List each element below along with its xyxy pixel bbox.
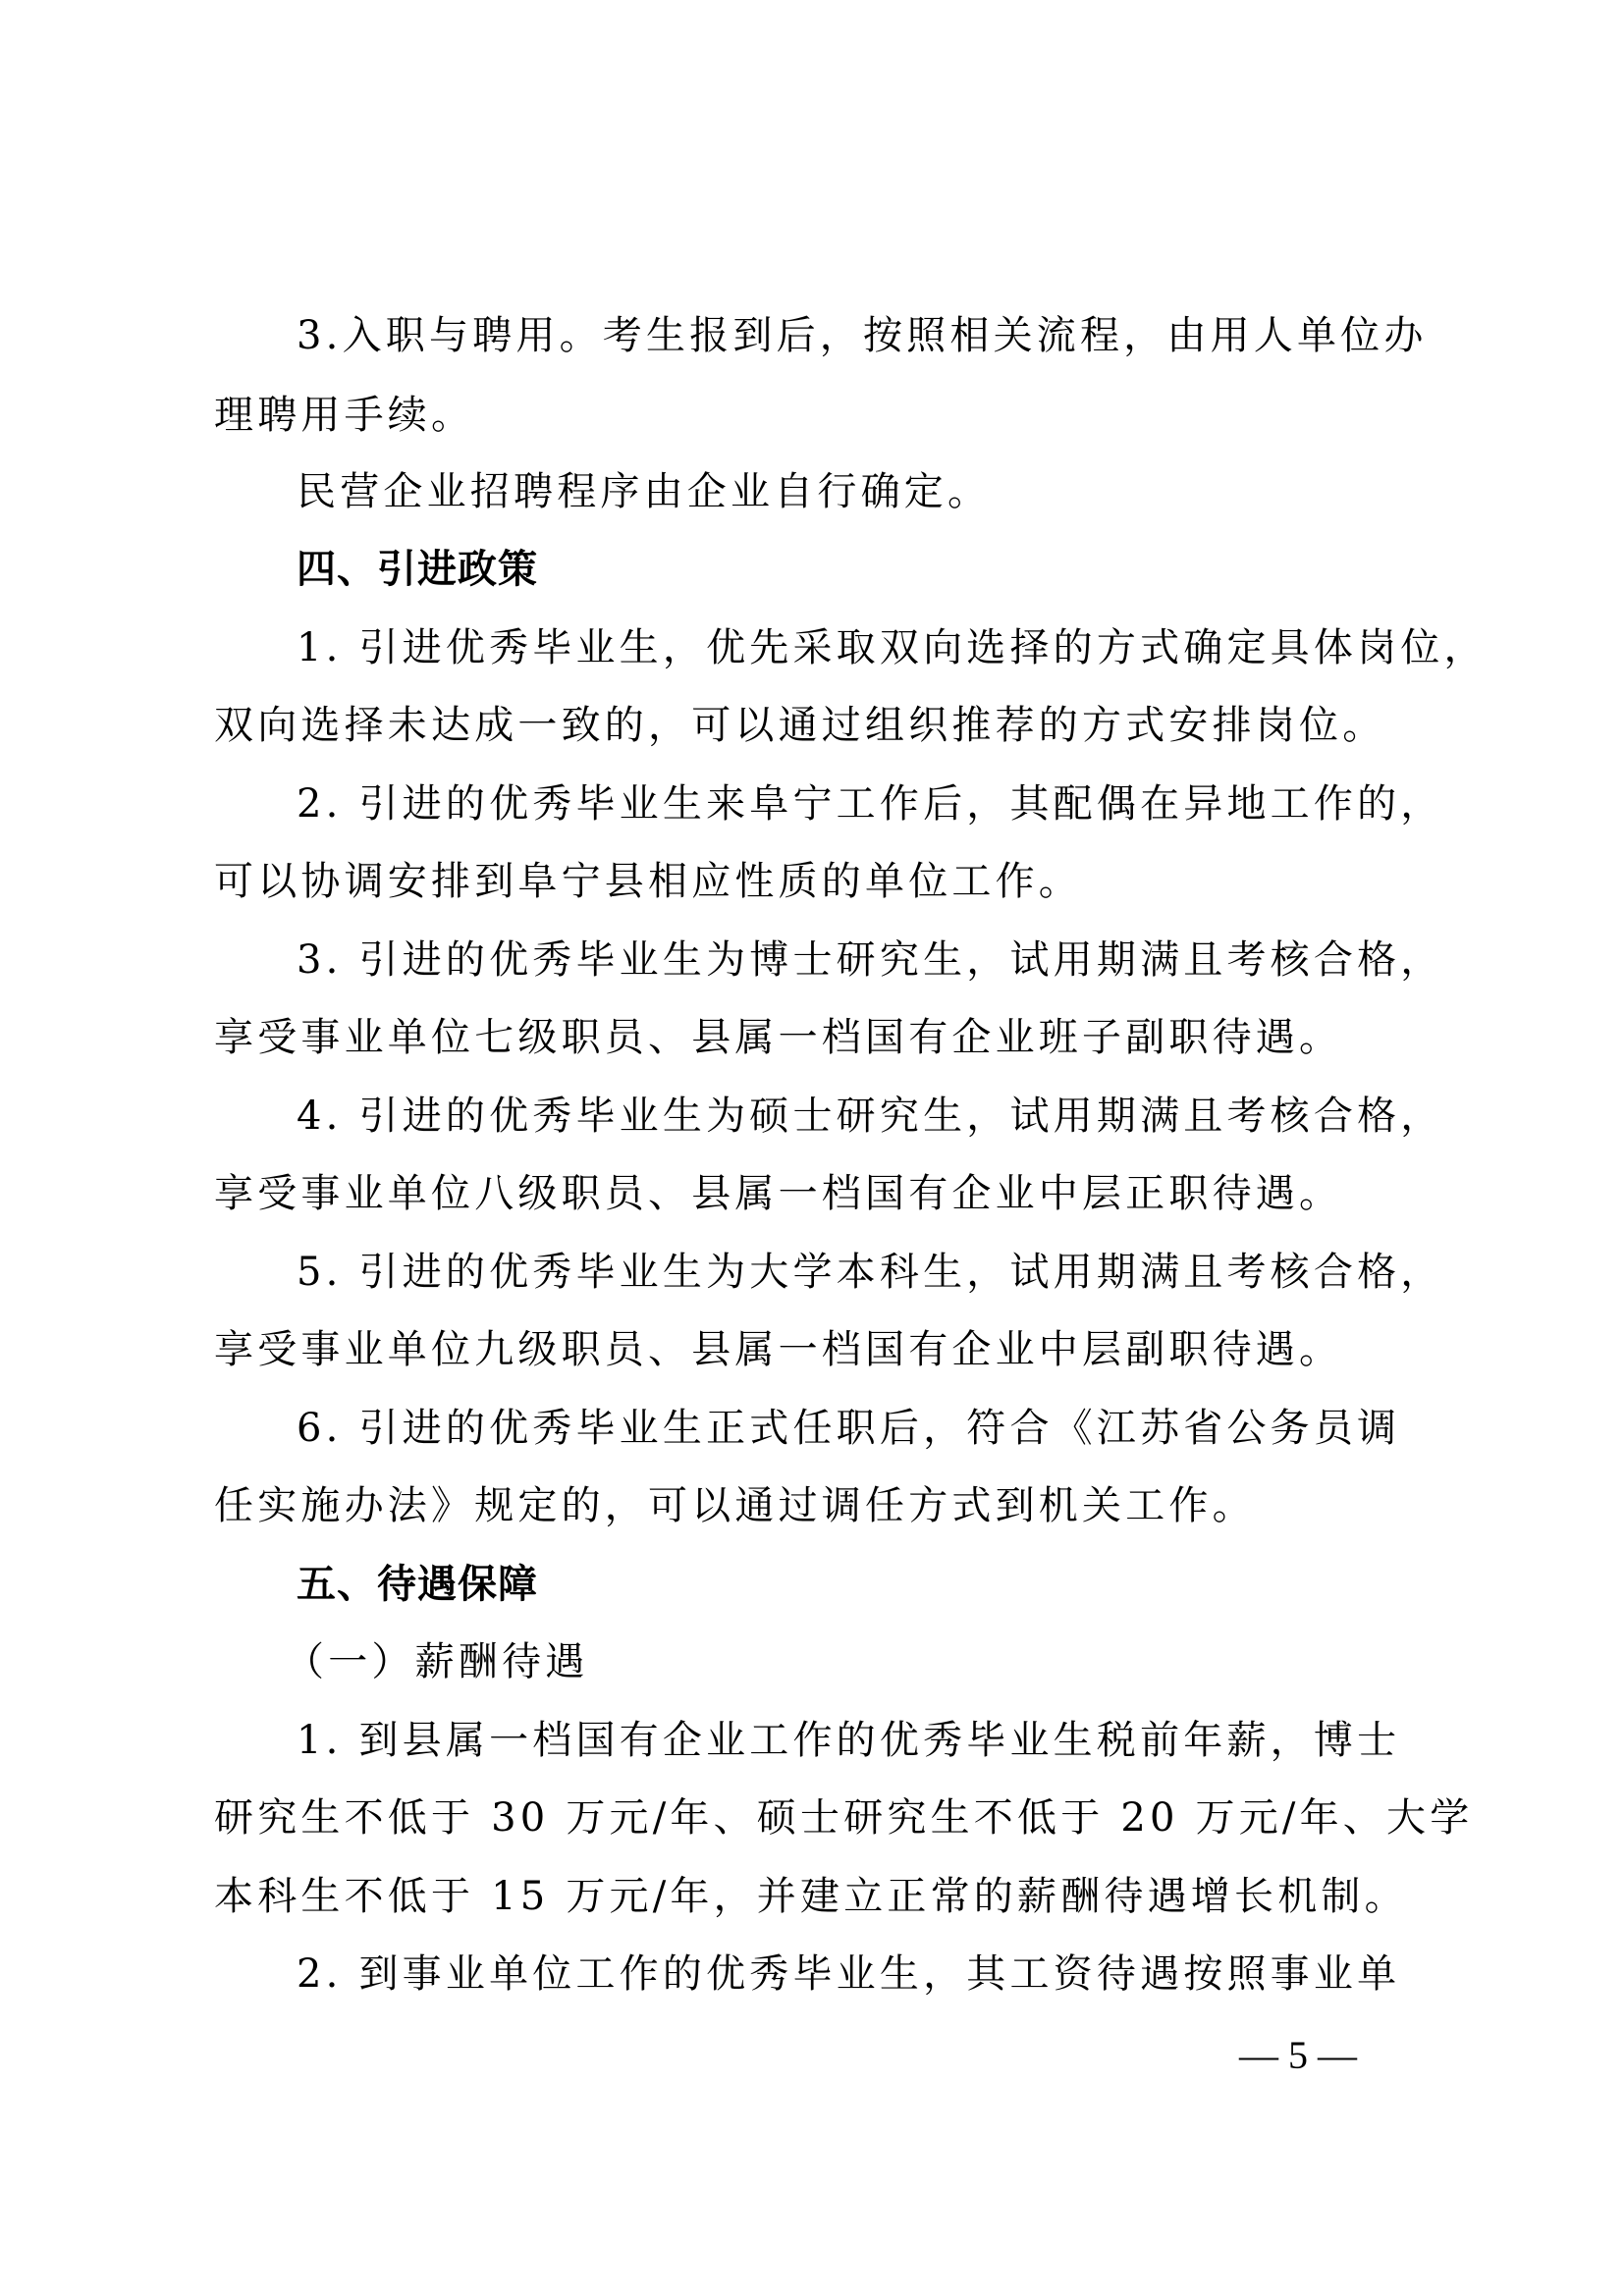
paragraph-line: 理聘用手续。 bbox=[214, 392, 474, 439]
paragraph-line: 3.入职与聘用。考生报到后，按照相关流程，由用人单位办 bbox=[297, 312, 1428, 359]
paragraph-line: 6. 引进的优秀毕业生正式任职后，符合《江苏省公务员调 bbox=[297, 1405, 1400, 1452]
paragraph-line: 5. 引进的优秀毕业生为大学本科生，试用期满且考核合格， bbox=[297, 1249, 1443, 1296]
document-page: 3.入职与聘用。考生报到后，按照相关流程，由用人单位办 理聘用手续。 民营企业招… bbox=[0, 0, 1624, 2296]
paragraph-line: 民营企业招聘程序由企业自行确定。 bbox=[297, 468, 991, 515]
paragraph-line: 研究生不低于 30 万元/年、硕士研究生不低于 20 万元/年、大学 bbox=[214, 1794, 1473, 1842]
paragraph-line: 可以协调安排到阜宁县相应性质的单位工作。 bbox=[214, 858, 1082, 905]
paragraph-line: 本科生不低于 15 万元/年，并建立正常的薪酬待遇增长机制。 bbox=[214, 1873, 1408, 1920]
paragraph-line: 4. 引进的优秀毕业生为硕士研究生，试用期满且考核合格， bbox=[297, 1093, 1443, 1140]
section-heading-benefits: 五、待遇保障 bbox=[297, 1561, 538, 1608]
paragraph-line: 享受事业单位七级职员、县属一档国有企业班子副职待遇。 bbox=[214, 1014, 1342, 1061]
paragraph-line: 双向选择未达成一致的，可以通过组织推荐的方式安排岗位。 bbox=[214, 702, 1385, 749]
paragraph-line: 享受事业单位九级职员、县属一档国有企业中层副职待遇。 bbox=[214, 1326, 1342, 1373]
page-number: — 5 — bbox=[1239, 2032, 1357, 2079]
paragraph-line: 3. 引进的优秀毕业生为博士研究生，试用期满且考核合格， bbox=[297, 936, 1443, 984]
section-heading-introduction-policy: 四、引进政策 bbox=[297, 546, 538, 593]
paragraph-line: 任实施办法》规定的，可以通过调任方式到机关工作。 bbox=[214, 1482, 1256, 1529]
paragraph-line: 1. 到县属一档国有企业工作的优秀毕业生税前年薪，博士 bbox=[297, 1717, 1400, 1764]
paragraph-line: 2. 引进的优秀毕业生来阜宁工作后，其配偶在异地工作的， bbox=[297, 780, 1443, 828]
subsection-heading-salary: （一）薪酬待遇 bbox=[285, 1638, 588, 1685]
paragraph-line: 享受事业单位八级职员、县属一档国有企业中层正职待遇。 bbox=[214, 1170, 1342, 1217]
paragraph-line: 1. 引进优秀毕业生，优先采取双向选择的方式确定具体岗位， bbox=[297, 624, 1488, 671]
paragraph-line: 2. 到事业单位工作的优秀毕业生，其工资待遇按照事业单 bbox=[297, 1950, 1400, 1998]
